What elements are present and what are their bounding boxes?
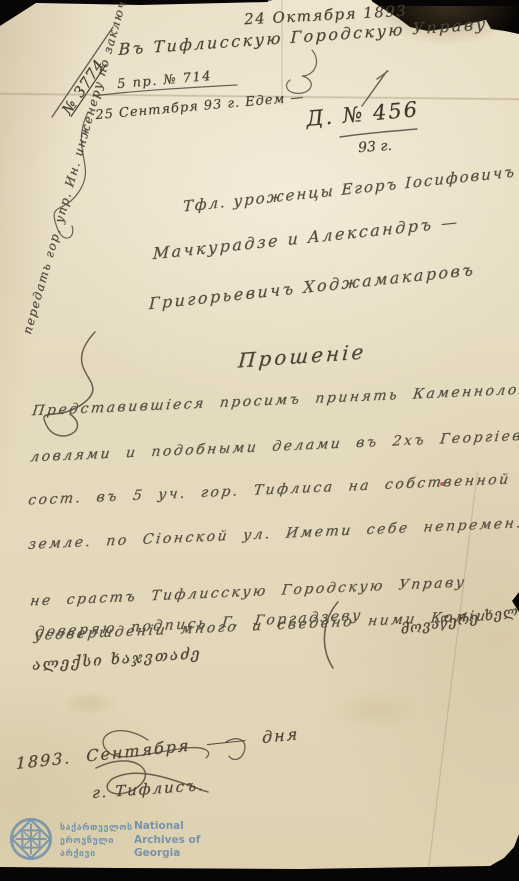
archive-georgian-line-2: ეროვნული [60, 835, 133, 848]
archive-english-line-1: National [134, 820, 200, 834]
archive-name-georgian: საქართველოს ეროვნული არქივი [60, 822, 133, 861]
archive-ornament-icon [8, 816, 54, 862]
case-year: 93 г. [357, 138, 392, 156]
archive-georgian-line-3: არქივი [60, 848, 133, 861]
archive-watermark: საქართველოს ეროვნული არქივი National Arc… [6, 816, 206, 866]
document-scan: 24 Октября 1893 Въ Тифлисскую Городскую … [0, 0, 519, 881]
paper-stain [330, 690, 420, 730]
archive-english-line-3: Georgia [134, 847, 200, 861]
archive-english-line-2: Archives of [134, 834, 200, 848]
archive-georgian-line-1: საქართველოს [60, 822, 133, 835]
paper-stain [60, 690, 120, 716]
archive-name-english: National Archives of Georgia [134, 820, 200, 861]
